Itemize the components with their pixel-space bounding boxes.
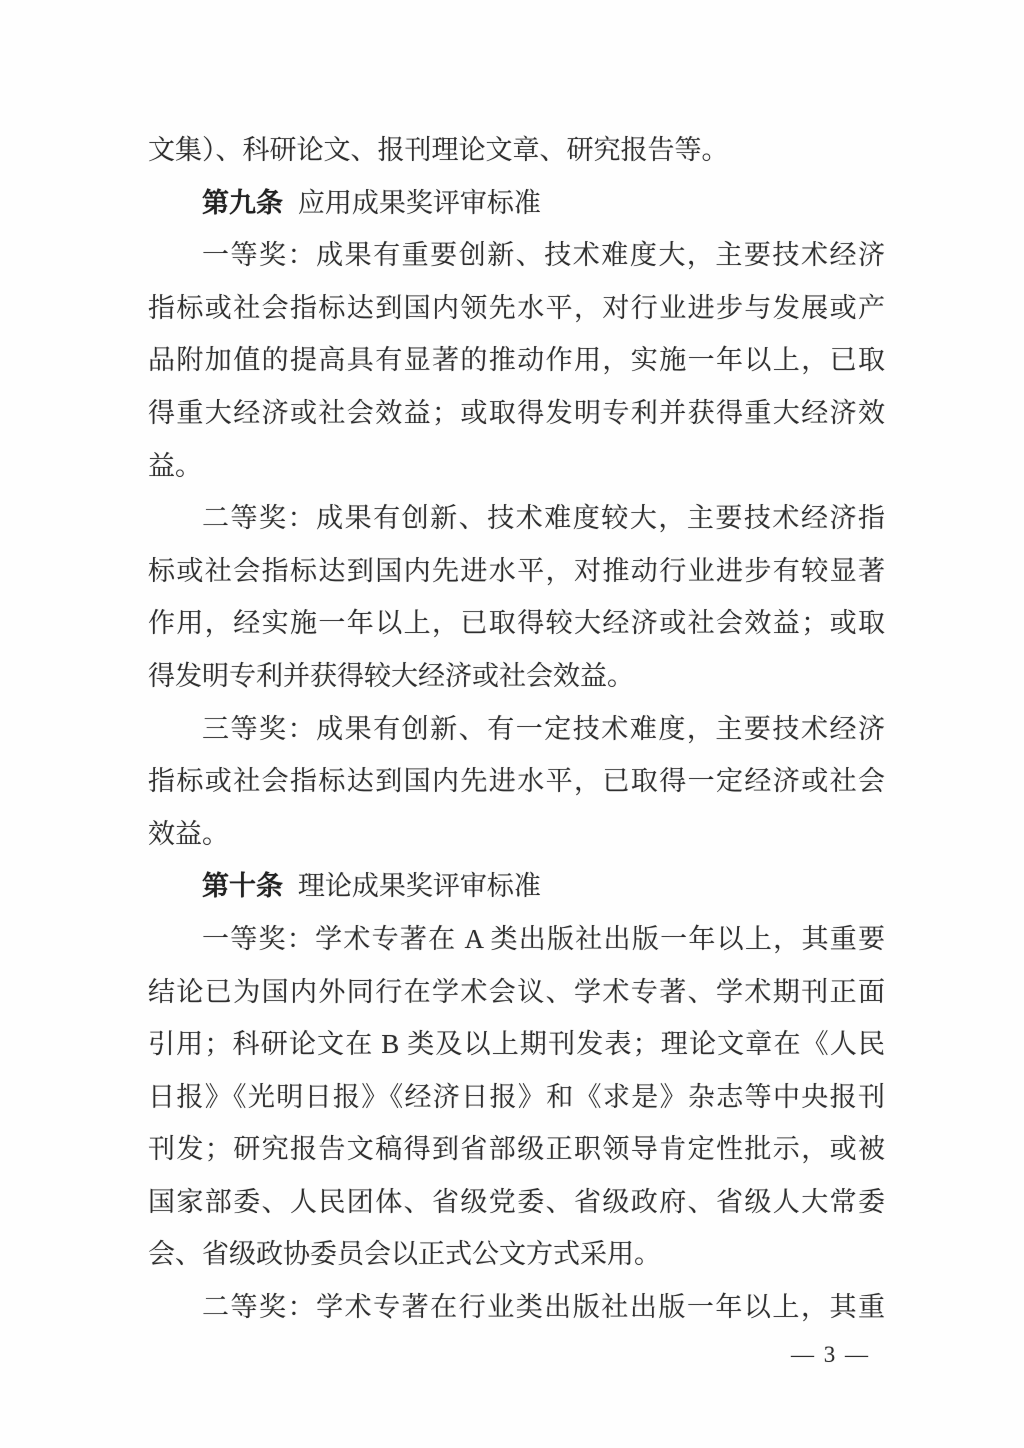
page-number: — 3 — bbox=[791, 1342, 870, 1368]
text-line: 指标或社会指标达到国内先进水平，已取得一定经济或社会 bbox=[148, 755, 885, 808]
text-line: 品附加值的提高具有显著的推动作用，实施一年以上，已取 bbox=[148, 334, 885, 387]
article-title: 理论成果奖评审标准 bbox=[298, 871, 541, 901]
text-line: 益。 bbox=[148, 440, 885, 493]
text-line: 得发明专利并获得较大经济或社会效益。 bbox=[148, 650, 885, 703]
article-number: 第十条 bbox=[202, 871, 283, 901]
article-heading: 第九条应用成果奖评审标准 bbox=[148, 177, 885, 230]
text-line: 会、省级政协委员会以正式公文方式采用。 bbox=[148, 1228, 885, 1281]
article-heading: 第十条理论成果奖评审标准 bbox=[148, 860, 885, 913]
document-body: 文集）、科研论文、报刊理论文章、研究报告等。第九条应用成果奖评审标准一等奖：成果… bbox=[148, 124, 885, 1334]
text-line: 国家部委、人民团体、省级党委、省级政府、省级人大常委 bbox=[148, 1176, 885, 1229]
text-line: 引用；科研论文在 B 类及以上期刊发表；理论文章在《人民 bbox=[148, 1018, 885, 1071]
text-line: 一等奖：学术专著在 A 类出版社出版一年以上，其重要 bbox=[148, 913, 885, 966]
text-line: 标或社会指标达到国内先进水平，对推动行业进步有较显著 bbox=[148, 545, 885, 598]
text-line: 一等奖：成果有重要创新、技术难度大，主要技术经济 bbox=[148, 229, 885, 282]
text-line: 结论已为国内外同行在学术会议、学术专著、学术期刊正面 bbox=[148, 966, 885, 1019]
text-line: 二等奖：学术专著在行业类出版社出版一年以上，其重 bbox=[148, 1281, 885, 1334]
article-number: 第九条 bbox=[202, 188, 283, 218]
text-line: 二等奖：成果有创新、技术难度较大，主要技术经济指 bbox=[148, 492, 885, 545]
document-page: 文集）、科研论文、报刊理论文章、研究报告等。第九条应用成果奖评审标准一等奖：成果… bbox=[0, 0, 1024, 1448]
text-line: 作用，经实施一年以上，已取得较大经济或社会效益；或取 bbox=[148, 597, 885, 650]
article-title: 应用成果奖评审标准 bbox=[298, 188, 541, 218]
text-line: 日报》《光明日报》《经济日报》和《求是》杂志等中央报刊 bbox=[148, 1071, 885, 1124]
text-line: 三等奖：成果有创新、有一定技术难度，主要技术经济 bbox=[148, 703, 885, 756]
text-line: 刊发；研究报告文稿得到省部级正职领导肯定性批示，或被 bbox=[148, 1123, 885, 1176]
text-line: 指标或社会指标达到国内领先水平，对行业进步与发展或产 bbox=[148, 282, 885, 335]
text-line: 效益。 bbox=[148, 808, 885, 861]
text-line: 得重大经济或社会效益；或取得发明专利并获得重大经济效 bbox=[148, 387, 885, 440]
text-line: 文集）、科研论文、报刊理论文章、研究报告等。 bbox=[148, 124, 885, 177]
